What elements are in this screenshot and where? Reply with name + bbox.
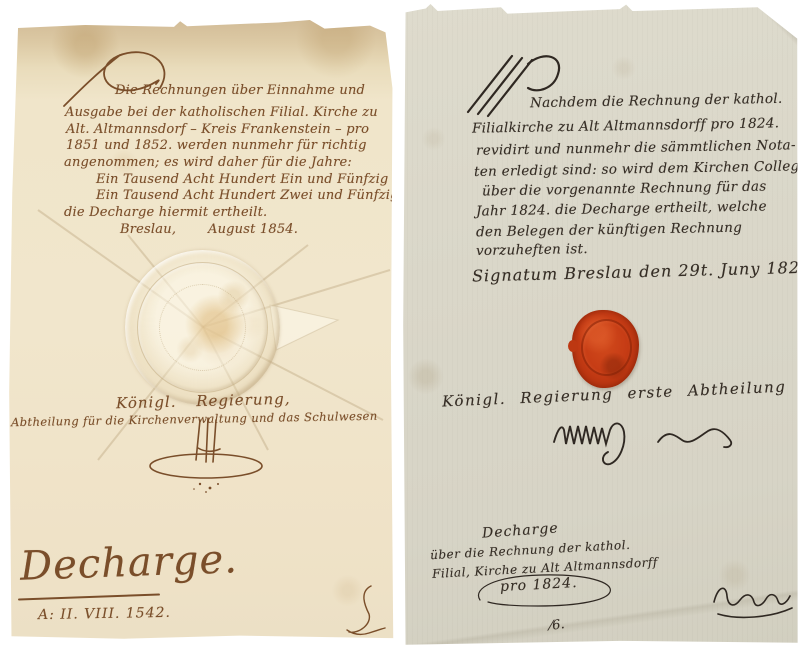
place-label: Breslau,	[120, 222, 176, 237]
flourish-initial	[58, 40, 178, 110]
file-number: A: II. VIII. 1542.	[38, 605, 171, 623]
manuscript-line: den Belegen der künftigen Rechnung	[476, 220, 742, 241]
clerk-signature-scribble	[333, 582, 393, 644]
manuscript-line: vorzuheften ist.	[476, 241, 588, 259]
countersignature-scribble	[708, 574, 798, 622]
document-title: Decharge.	[19, 536, 238, 590]
manuscript-line: Ein Tausend Acht Hundert Ein und Fünfzig…	[96, 172, 418, 187]
date-label: August 1854.	[208, 222, 298, 237]
docket-line: Decharge	[482, 520, 560, 541]
manuscript-line: die Decharge hiermit ertheilt.	[64, 205, 267, 220]
right-document-1826: Nachdem die Rechnung der kathol. Filialk…	[402, 4, 798, 646]
manuscript-line: über die vorgenannte Rechnung für das	[482, 179, 767, 200]
photo-background: Die Rechnungen über Einnahme und Ausgabe…	[0, 0, 800, 651]
manuscript-line: 1851 und 1852. werden nunmehr für richti…	[66, 138, 367, 153]
manuscript-line: Die Rechnungen über Einnahme und	[115, 83, 365, 98]
page-mark: ⁄6.	[549, 617, 566, 634]
signature-scribble	[550, 408, 655, 470]
red-wax-seal	[572, 310, 639, 388]
manuscript-line: Alt. Altmannsdorf – Kreis Frankenstein –…	[66, 122, 369, 137]
manuscript-line: Ein Tausend Acht Hundert Zwei und Fünfzi…	[96, 188, 403, 203]
manuscript-line: angenommen; es wird daher für die Jahre:	[64, 155, 352, 170]
left-document-1854: Die Rechnungen über Einnahme und Ausgabe…	[8, 20, 394, 640]
folded-corner	[738, 4, 798, 52]
manuscript-line: Ausgabe bei der katholischen Filial. Kir…	[65, 105, 378, 120]
manuscript-line: Nachdem die Rechnung der kathol.	[530, 91, 783, 111]
manuscript-line: Jahr 1824. die Decharge ertheilt, welche	[476, 198, 767, 219]
signatum-line: Signatum Breslau den 29t. Juny 1826.	[472, 257, 800, 285]
embossed-paper-seal	[125, 250, 280, 405]
manuscript-line: revidirt und nunmehr die sämmtlichen Not…	[476, 137, 796, 159]
signature-scribble	[654, 420, 739, 456]
manuscript-line: ten erledigt sind: so wird dem Kirchen C…	[474, 158, 800, 180]
signature-scribble	[138, 418, 268, 503]
